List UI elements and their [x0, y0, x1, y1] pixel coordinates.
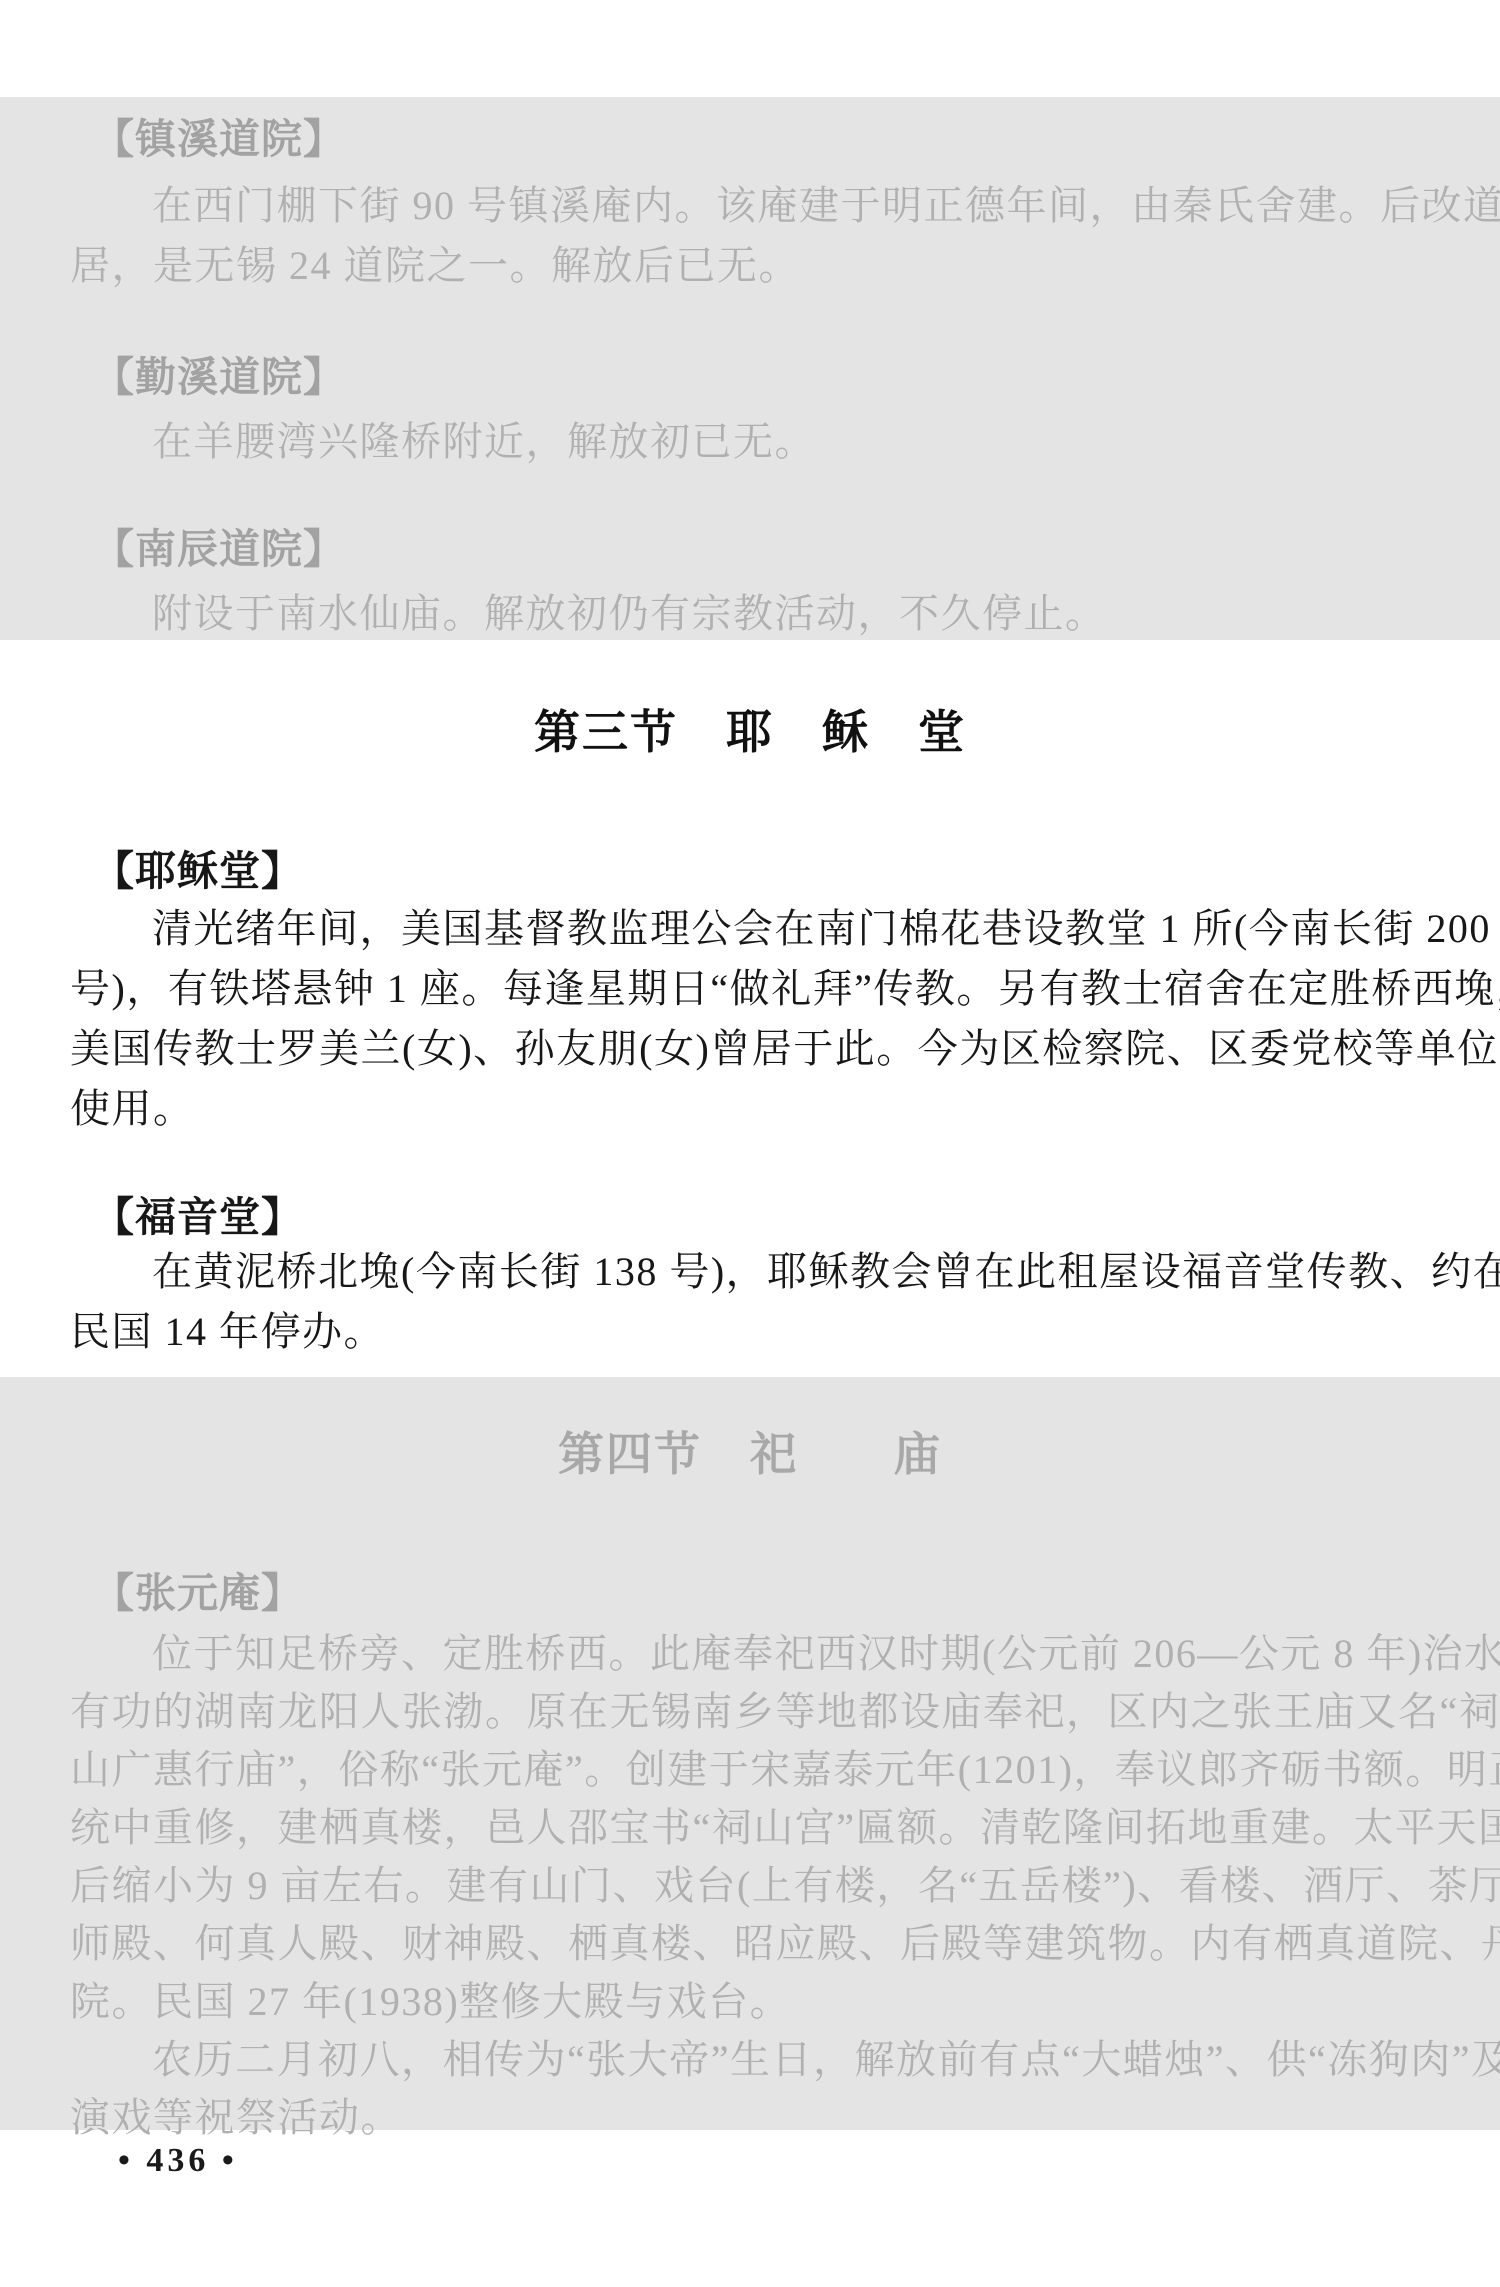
text-line: 演戏等祝祭活动。 [70, 2094, 402, 2142]
text-line: 院。民国 27 年(1938)整修大殿与戏台。 [70, 1978, 791, 2026]
entry-title-yesutang: 【耶稣堂】 [93, 848, 303, 894]
text-line: 后缩小为 9 亩左右。建有山门、戏台(上有楼，名“五岳楼”)、看楼、酒厅、茶厅、… [70, 1862, 1500, 1910]
text-line: 居，是无锡 24 道院之一。解放后已无。 [70, 242, 800, 290]
text-line: 在羊腰湾兴隆桥附近，解放初已无。 [70, 418, 816, 466]
entry-title-zhenxi: 【镇溪道院】 [93, 116, 345, 162]
entry-title-qinxi: 【勤溪道院】 [93, 354, 345, 400]
page-number: • 436 • [118, 2142, 238, 2180]
text-line: 有功的湖南龙阳人张渤。原在无锡南乡等地都设庙奉祀，区内之张王庙又名“祠 [70, 1688, 1500, 1736]
text-line: 农历二月初八，相传为“张大帝”生日，解放前有点“大蜡烛”、供“冻狗肉”及 [70, 2036, 1500, 2084]
text-line: 号)，有铁塔悬钟 1 座。每逢星期日“做礼拜”传教。另有教士宿舍在定胜桥西堍， [70, 965, 1500, 1013]
text-line: 师殿、何真人殿、财神殿、栖真楼、昭应殿、后殿等建筑物。内有栖真道院、丹溪道 [70, 1920, 1500, 1968]
text-line: 山广惠行庙”，俗称“张元庵”。创建于宋嘉泰元年(1201)，奉议郎齐砺书额。明正 [70, 1746, 1500, 1794]
text-line: 使用。 [70, 1085, 195, 1133]
entry-title-zhangyuanan: 【张元庵】 [93, 1570, 303, 1616]
text-line: 在西门棚下街 90 号镇溪庵内。该庵建于明正德年间，由秦氏舍建。后改道 [70, 182, 1500, 230]
text-line: 统中重修，建栖真楼，邑人邵宝书“祠山宫”匾额。清乾隆间拓地重建。太平天国 [70, 1804, 1500, 1852]
text-line: 在黄泥桥北堍(今南长街 138 号)，耶稣教会曾在此租屋设福音堂传教、约在 [70, 1248, 1500, 1296]
entry-title-nanchen: 【南辰道院】 [93, 526, 345, 572]
text-line: 位于知足桥旁、定胜桥西。此庵奉祀西汉时期(公元前 206—公元 8 年)治水 [70, 1630, 1500, 1678]
section-heading-four: 第四节 祀 庙 [0, 1428, 1500, 1480]
text-line: 美国传教士罗美兰(女)、孙友朋(女)曾居于此。今为区检察院、区委党校等单位 [70, 1025, 1499, 1073]
entry-title-fuyintang: 【福音堂】 [93, 1194, 303, 1240]
text-line: 附设于南水仙庙。解放初仍有宗教活动，不久停止。 [70, 590, 1107, 638]
text-line: 清光绪年间，美国基督教监理公会在南门棉花巷设教堂 1 所(今南长街 200 [70, 905, 1491, 953]
text-line: 民国 14 年停办。 [70, 1308, 385, 1356]
section-heading-three: 第三节 耶 稣 堂 [0, 706, 1500, 758]
